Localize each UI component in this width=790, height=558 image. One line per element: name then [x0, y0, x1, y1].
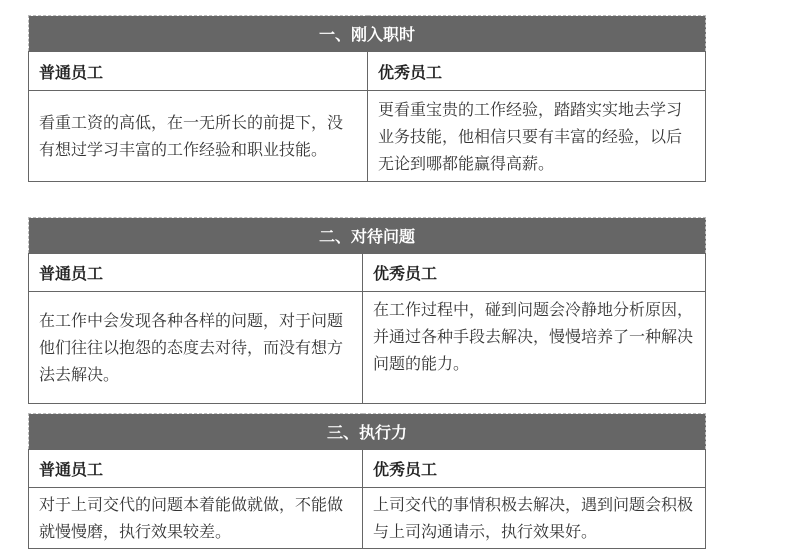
table-title: 一、刚入职时 — [29, 16, 706, 52]
cell-excellent: 更看重宝贵的工作经验，踏踏实实地去学习业务技能，他相信只要有丰富的经验，以后无论… — [368, 91, 706, 182]
table-title: 三、执行力 — [29, 414, 706, 450]
column-header-excellent: 优秀员工 — [368, 52, 706, 91]
cell-ordinary: 在工作中会发现各种各样的问题，对于问题他们往往以抱怨的态度去对待，而没有想方法去… — [29, 292, 363, 404]
comparison-table-execution: 三、执行力 普通员工 优秀员工 对于上司交代的问题本着能做就做，不能做就慢慢磨，… — [28, 413, 706, 549]
column-header-ordinary: 普通员工 — [29, 450, 363, 488]
column-header-excellent: 优秀员工 — [363, 450, 706, 488]
table-title: 二、对待问题 — [29, 218, 706, 254]
cell-ordinary: 看重工资的高低，在一无所长的前提下，没有想过学习丰富的工作经验和职业技能。 — [29, 91, 368, 182]
comparison-table-onboarding: 一、刚入职时 普通员工 优秀员工 看重工资的高低，在一无所长的前提下，没有想过学… — [28, 15, 706, 182]
cell-excellent: 在工作过程中，碰到问题会冷静地分析原因，并通过各种手段去解决，慢慢培养了一种解决… — [363, 292, 706, 404]
column-header-ordinary: 普通员工 — [29, 254, 363, 292]
cell-excellent: 上司交代的事情积极去解决，遇到问题会积极与上司沟通请示，执行效果好。 — [363, 488, 706, 549]
column-header-ordinary: 普通员工 — [29, 52, 368, 91]
column-header-excellent: 优秀员工 — [363, 254, 706, 292]
cell-ordinary: 对于上司交代的问题本着能做就做，不能做就慢慢磨，执行效果较差。 — [29, 488, 363, 549]
comparison-table-problems: 二、对待问题 普通员工 优秀员工 在工作中会发现各种各样的问题，对于问题他们往往… — [28, 217, 706, 404]
